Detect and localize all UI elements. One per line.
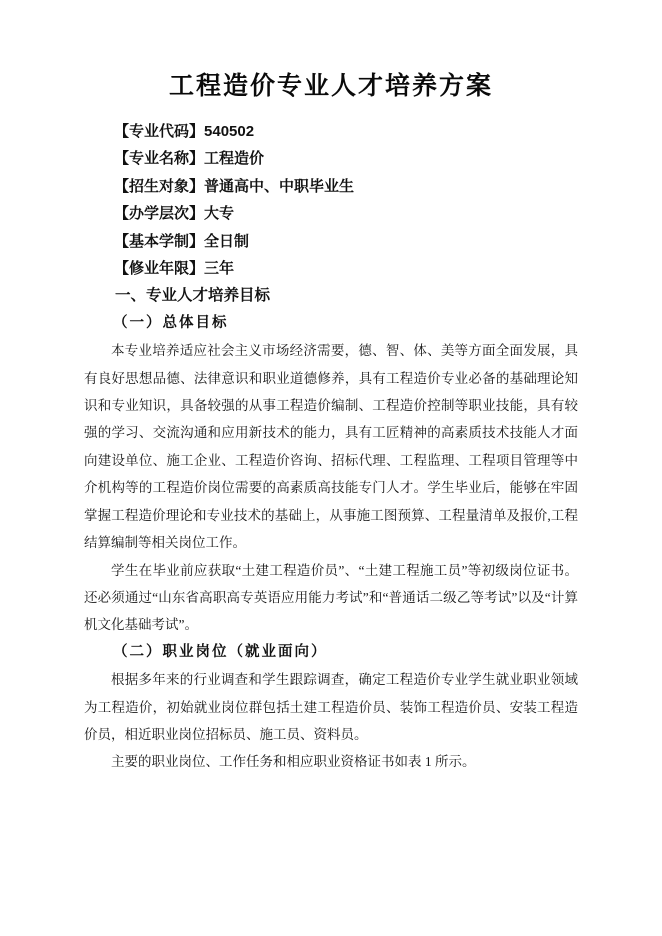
subsection-heading-career-positions: （二）职业岗位（就业面向）: [84, 639, 578, 666]
document-title: 工程造价专业人才培养方案: [84, 70, 578, 104]
field-major-name: 【专业名称】工程造价: [84, 145, 578, 172]
field-major-name-value: 工程造价: [204, 150, 264, 167]
paragraph-career-positions-2: 主要的职业岗位、工作任务和相应职业资格证书如表 1 所示。: [84, 748, 578, 775]
field-major-code: 【专业代码】540502: [84, 118, 578, 145]
paragraph-overall-goal-1: 本专业培养适应社会主义市场经济需要，德、智、体、美等方面全面发展，具有良好思想品…: [84, 337, 578, 556]
field-education-level-value: 大专: [204, 205, 234, 222]
field-enrollment-target-value: 普通高中、中职毕业生: [204, 178, 354, 195]
field-education-level-label: 【办学层次】: [114, 205, 204, 222]
field-study-duration-value: 三年: [204, 260, 234, 277]
field-enrollment-target-label: 【招生对象】: [114, 178, 204, 195]
field-enrollment-target: 【招生对象】普通高中、中职毕业生: [84, 173, 578, 200]
section-heading-training-objectives: 一、专业人才培养目标: [84, 282, 578, 309]
meta-block: 【专业代码】540502 【专业名称】工程造价 【招生对象】普通高中、中职毕业生…: [84, 118, 578, 282]
field-major-code-value: 540502: [204, 123, 254, 140]
paragraph-career-positions-1: 根据多年来的行业调查和学生跟踪调查，确定工程造价专业学生就业职业领域为工程造价，…: [84, 666, 578, 748]
field-major-name-label: 【专业名称】: [114, 150, 204, 167]
document-page: 工程造价专业人才培养方案 【专业代码】540502 【专业名称】工程造价 【招生…: [0, 0, 662, 936]
field-study-duration: 【修业年限】三年: [84, 255, 578, 282]
subsection-heading-overall-goal: （一）总体目标: [84, 310, 578, 337]
paragraph-overall-goal-2: 学生在毕业前应获取“土建工程造价员”、“土建工程施工员”等初级岗位证书。还必须通…: [84, 557, 578, 639]
field-schooling-system-value: 全日制: [204, 233, 249, 250]
field-schooling-system-label: 【基本学制】: [114, 233, 204, 250]
field-major-code-label: 【专业代码】: [114, 123, 204, 140]
field-education-level: 【办学层次】大专: [84, 200, 578, 227]
field-study-duration-label: 【修业年限】: [114, 260, 204, 277]
field-schooling-system: 【基本学制】全日制: [84, 228, 578, 255]
